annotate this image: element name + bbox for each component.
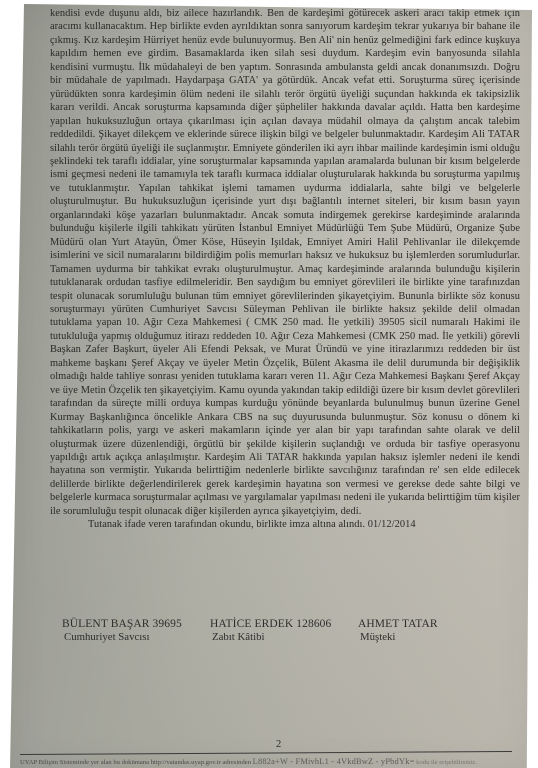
signature-block: BÜLENT BAŞAR 39695 Cumhuriyet Savcısı HA… xyxy=(62,617,502,644)
closing-statement: Tutanak ifade veren tarafından okundu, b… xyxy=(50,518,520,531)
signature-name: AHMET TATAR xyxy=(358,617,438,631)
footer-divider xyxy=(20,751,512,755)
signature-title: Müşteki xyxy=(358,631,438,644)
verification-code: L882a+W - FMivhL1 - 4VkdBwZ - yPbdYk= xyxy=(253,757,415,766)
signature-title: Cumhuriyet Savcısı xyxy=(62,631,210,644)
footer-tail: kodu ile erişebilirsiniz. xyxy=(416,759,477,766)
signature-title: Zabıt Kâtibi xyxy=(210,631,358,644)
footer-text: UYAP Bilişim Sisteminde yer alan bu dokü… xyxy=(20,759,251,766)
signature-prosecutor: BÜLENT BAŞAR 39695 Cumhuriyet Savcısı xyxy=(62,617,210,644)
document-photo: kendisi evde duşunu aldı, biz ailece haz… xyxy=(0,0,538,768)
uyap-footer: UYAP Bilişim Sisteminde yer alan bu dokü… xyxy=(20,757,520,766)
statement-body: kendisi evde duşunu aldı, biz ailece haz… xyxy=(50,7,520,532)
signature-clerk: HATİCE ERDEK 128606 Zabıt Kâtibi xyxy=(210,617,358,644)
page-number: 2 xyxy=(276,739,281,750)
signature-name: HATİCE ERDEK 128606 xyxy=(210,617,358,631)
statement-paragraph: kendisi evde duşunu aldı, biz ailece haz… xyxy=(50,7,520,518)
signature-complainant: AHMET TATAR Müşteki xyxy=(358,617,438,644)
signature-name: BÜLENT BAŞAR 39695 xyxy=(62,617,210,631)
document-page: kendisi evde duşunu aldı, biz ailece haz… xyxy=(10,4,532,768)
